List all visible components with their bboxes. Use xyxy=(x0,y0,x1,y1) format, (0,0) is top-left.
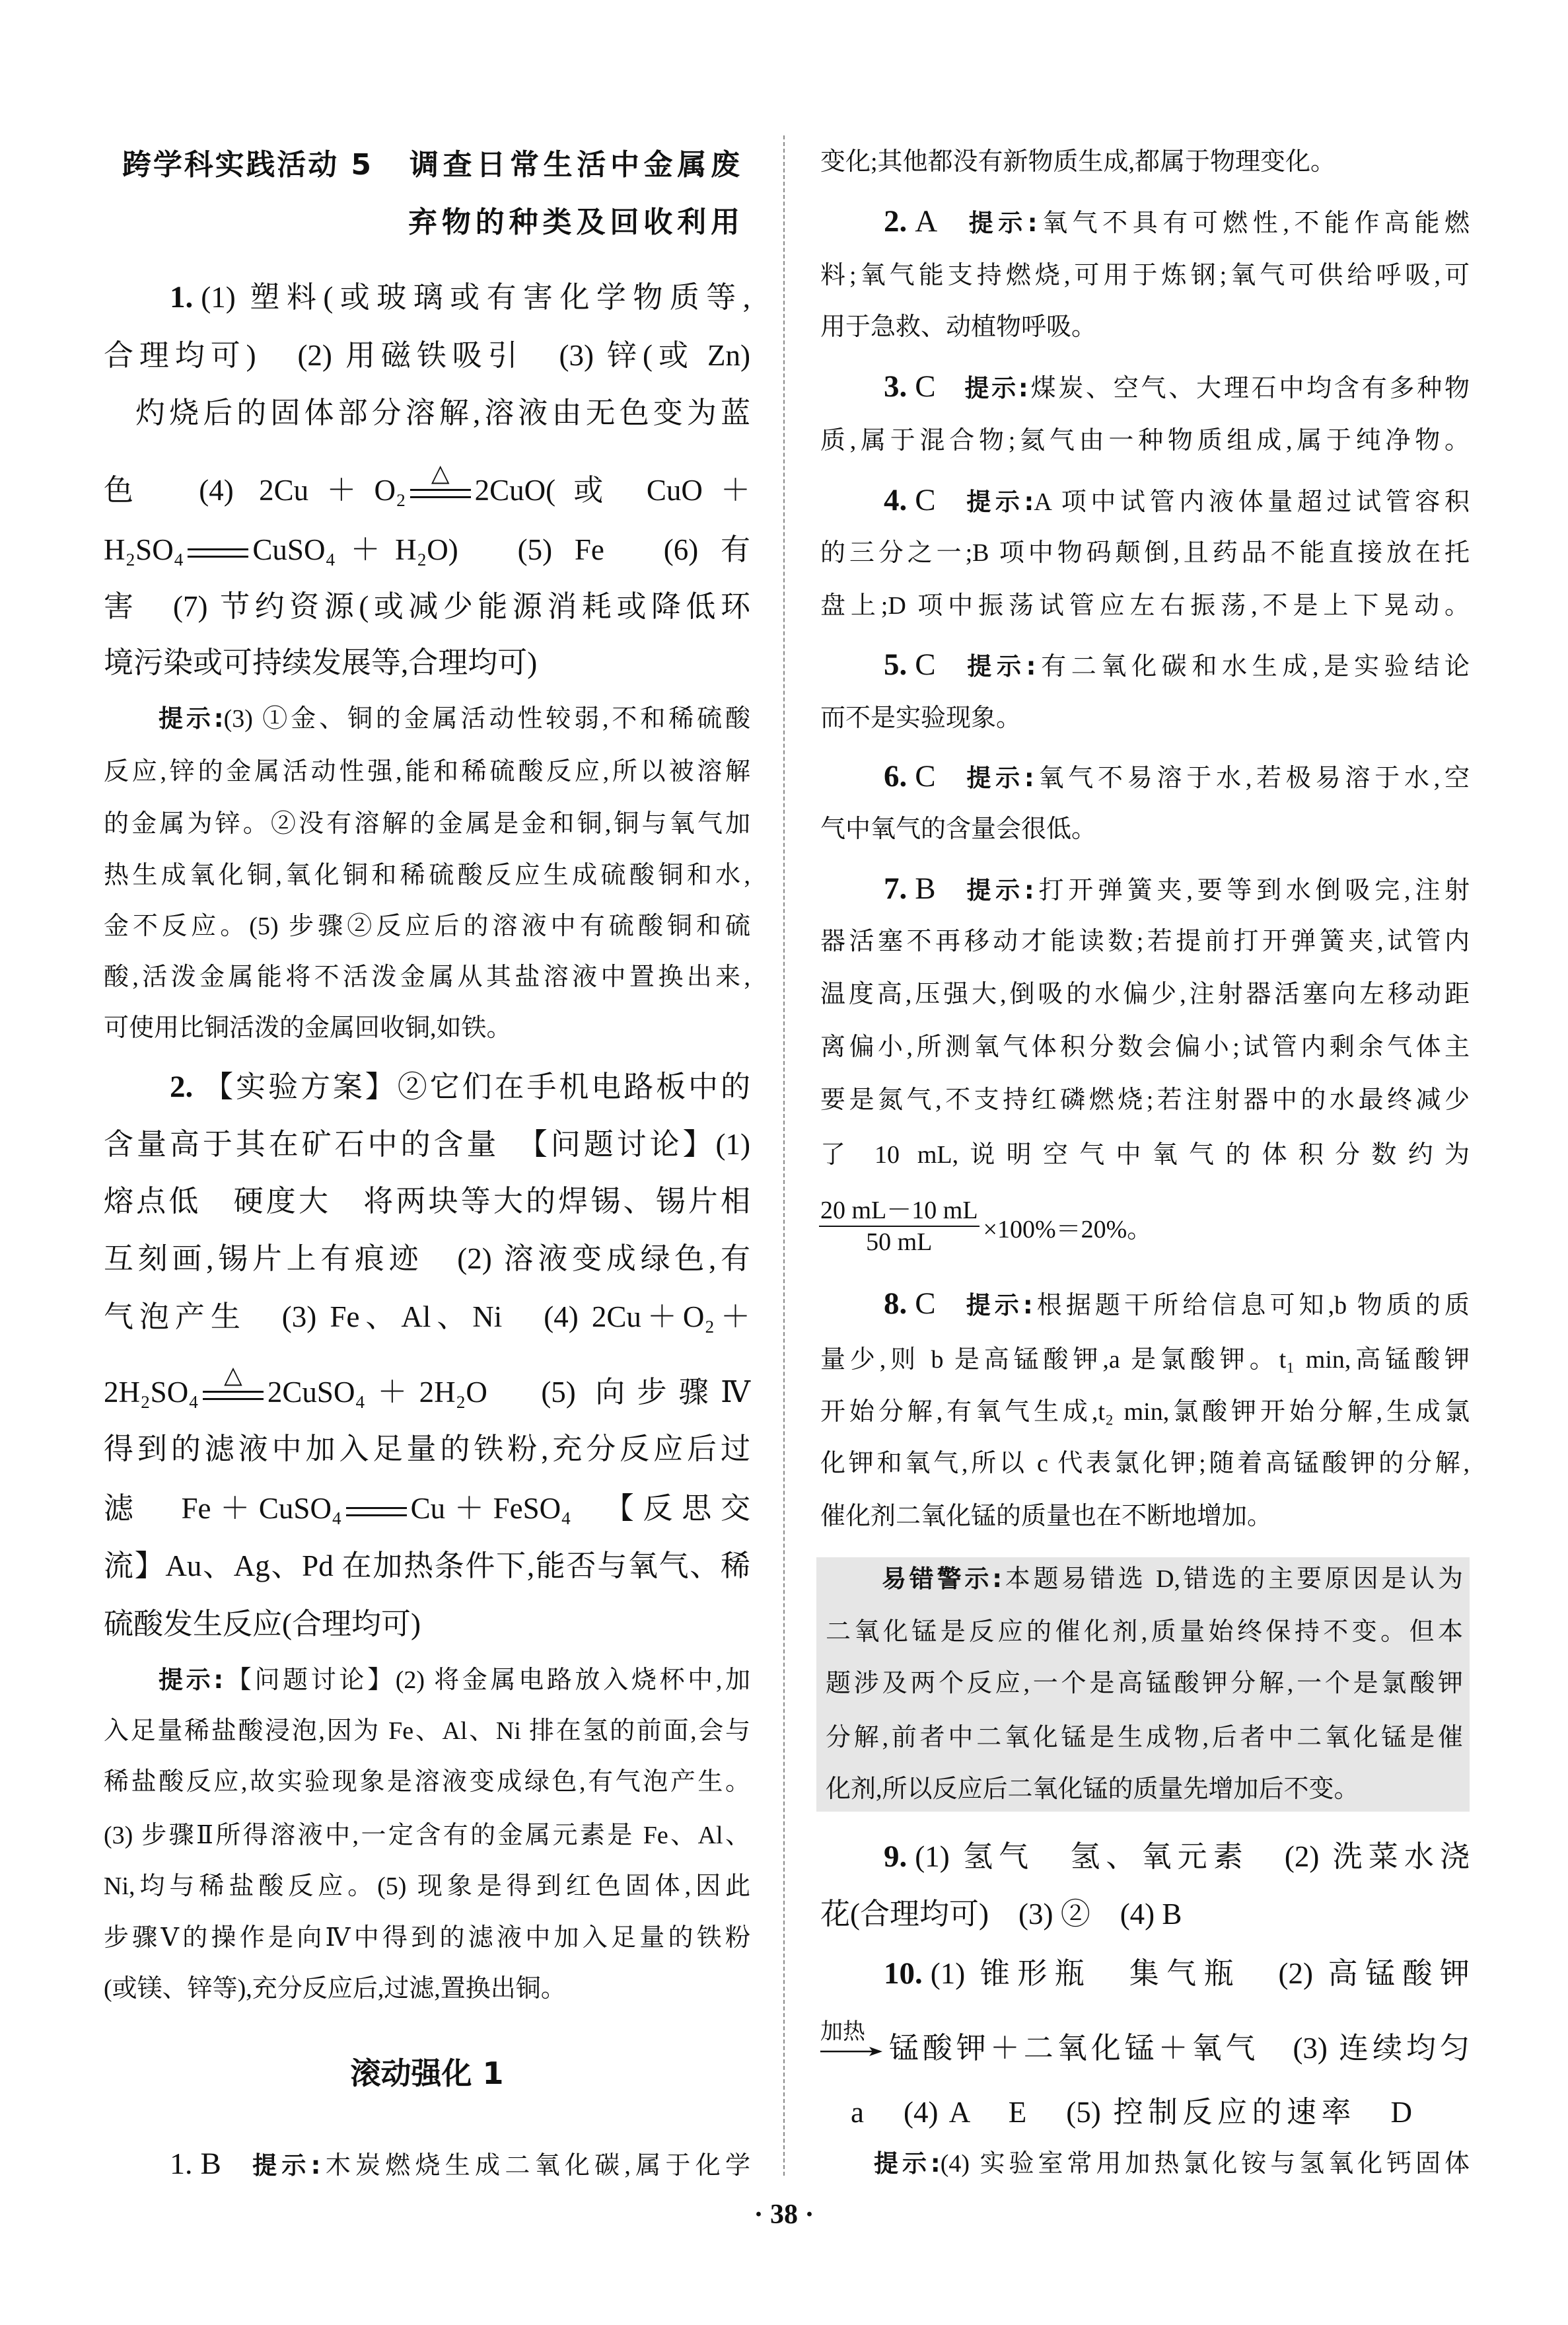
heating-triangle-icon: △ xyxy=(410,462,471,486)
continuation-line: 变化;其他都没有新物质生成,都属于物理变化。 xyxy=(820,145,1470,179)
question-number: 2. xyxy=(884,204,907,239)
warning-line: 分解,前者中二氧化锰是生成物,后者中二氧化锰是催 xyxy=(826,1720,1463,1755)
answer-text: (1) 塑料(或玻璃或有害化学物质等, xyxy=(201,281,750,314)
hint-line: 器活塞不再移动才能读数;若提前打开弹簧夹,试管内 xyxy=(820,924,1470,959)
answer-text: (1) 氢气 氢、氧元素 (2) 洗菜水浇 xyxy=(915,1840,1470,1873)
page-number: · 38 · xyxy=(718,2196,850,2233)
hint-line: 了 10 mL,说明空气中氧气的体积分数约为 xyxy=(820,1138,1470,1172)
question-number: 7. xyxy=(884,871,907,906)
column-divider xyxy=(783,135,785,2176)
section-title-line-2: 弃物的种类及回收利用 xyxy=(408,203,740,242)
q2-answer-line: 硫酸发生反应(合理均可) xyxy=(104,1604,750,1644)
q10-answer-line: a (4) A E (5) 控制反应的速率 D xyxy=(851,2092,1412,2132)
hint-line: 气中氧气的含量会很低。 xyxy=(820,812,1470,846)
question-number: 1. xyxy=(170,2147,193,2180)
question-number: 8. xyxy=(884,1286,907,1321)
warning-label: 易错警示: xyxy=(882,1565,1002,1593)
fraction-denominator: 50 mL xyxy=(866,1227,932,1257)
hint-text: (4) 实验室常用加热氯化铵与氢氧化钙固体 xyxy=(941,2150,1470,2178)
item-8-line: 8.C提示:根据题干所给信息可知,b 物质的质 xyxy=(884,1284,1470,1323)
q2-hint-line: (或镁、锌等),充分反应后,过滤,置换出铜。 xyxy=(104,1972,750,2006)
hint-text: 木炭燃烧生成二氧化碳,属于化学 xyxy=(320,2152,750,2180)
warning-text: 本题易错选 D,错选的主要原因是认为 xyxy=(1002,1565,1463,1593)
q2-answer-line: 得到的滤液中加入足量的铁粉,充分反应后过 xyxy=(104,1429,750,1469)
warning-line: 化剂,所以反应后二氧化锰的质量先增加后不变。 xyxy=(826,1772,1463,1806)
warning-line: 二氧化锰是反应的催化剂,质量始终保持不变。但本 xyxy=(826,1615,1463,1649)
equation-reactants: 2H₂SO₄ xyxy=(104,1376,199,1409)
question-number: 10. xyxy=(884,1956,923,1991)
question-number: 9. xyxy=(884,1839,907,1874)
reaction-arrow-icon: 加热 xyxy=(820,2045,882,2058)
hint-line: 化钾和氧气,所以 c 代表氯化钾;随着高锰酸钾的分解, xyxy=(820,1446,1470,1481)
equation-reactants: H₂SO₄ xyxy=(104,533,184,566)
item-4-line: 4.C提示:A 项中试管内液体量超过试管容积 xyxy=(884,480,1470,520)
section-title-line-1: 调查日常生活中金属废 xyxy=(410,145,740,185)
q2-hint-line: 步骤Ⅴ的操作是向Ⅳ中得到的滤液中加入足量的铁粉 xyxy=(104,1921,750,1955)
item-3-line: 3.C提示:煤炭、空气、大理石中均含有多种物 xyxy=(884,367,1470,406)
hint-label: 提示: xyxy=(962,1291,1033,1319)
q1-equation-line: H₂SO₄CuSO₄＋H₂O) (5) Fe (6) 有 xyxy=(104,530,750,570)
equation-products: CuSO₄＋H₂O) (5) Fe (6) 有 xyxy=(252,533,750,566)
reaction-equals-sign xyxy=(346,1507,407,1516)
fraction-numerator: 20 mL－10 mL xyxy=(819,1195,980,1226)
q2-hint-line: 入足量稀盐酸浸泡,因为 Fe、Al、Ni 排在氢的前面,会与 xyxy=(104,1714,750,1748)
answer-choice: A xyxy=(915,204,937,239)
question-number: 5. xyxy=(884,647,907,682)
warning-line: 易错警示:本题易错选 D,错选的主要原因是认为 xyxy=(882,1562,1463,1596)
oxygen-fraction-formula: 20 mL－10 mL 50 mL ×100%＝20%。 xyxy=(819,1193,1152,1259)
hint-label: 提示: xyxy=(159,704,224,733)
q2-answer-line: 气泡产生 (3) Fe、Al、Ni (4) 2Cu＋O₂＋ xyxy=(104,1297,750,1337)
q9-answer-line: 花(合理均可) (3) ② (4) B xyxy=(820,1894,1470,1934)
answer-choice: C xyxy=(915,369,935,404)
formula-result: ×100%＝20%。 xyxy=(983,1208,1153,1245)
q2-answer-line: 2.【实验方案】②它们在手机电路板中的 xyxy=(170,1067,750,1107)
hint-text: 煤炭、空气、大理石中均含有多种物 xyxy=(1028,375,1470,402)
heating-triangle-icon: △ xyxy=(203,1364,264,1387)
item-2-line: 2.A提示:氧气不具有可燃性,不能作高能燃 xyxy=(884,202,1470,241)
q2-equation-line: 2H₂SO₄△2CuSO₄＋2H₂O (5) 向步骤Ⅳ xyxy=(104,1372,750,1412)
q1-answer-line: 害 (7) 节约资源(或减少能源消耗或降低环 xyxy=(104,587,750,626)
answer-choice: C xyxy=(915,759,935,793)
fraction: 20 mL－10 mL 50 mL xyxy=(819,1195,980,1257)
hint-line: 温度高,压强大,倒吸的水偏少,注射器活塞向左移动距 xyxy=(820,977,1470,1012)
section-title-prefix: 跨学科实践活动 5 xyxy=(122,145,371,185)
hint-line: 盘上;D 项中振荡试管应左右振荡,不是上下晃动。 xyxy=(820,589,1470,623)
q1-hint-line: 反应,锌的金属活动性强,能和稀硫酸反应,所以被溶解 xyxy=(104,755,750,789)
reaction-equals-sign xyxy=(188,548,248,558)
hint-text: 打开弹簧夹,要等到水倒吸完,注射 xyxy=(1034,877,1470,904)
q2-answer-line: 互刻画,锡片上有痕迹 (2) 溶液变成绿色,有 xyxy=(104,1239,750,1278)
hint-label: 提示: xyxy=(964,209,1037,237)
hint-text: 根据题干所给信息可知,b 物质的质 xyxy=(1033,1292,1470,1319)
reaction-equals-sign: △ xyxy=(410,489,471,498)
q1-answer-line: 合理均可) (2) 用磁铁吸引 (3) 锌(或 Zn) xyxy=(104,336,750,375)
hint-line: 催化剂二氧化锰的质量也在不断地增加。 xyxy=(820,1499,1470,1533)
q2-hint-line: 稀盐酸反应,故实验现象是溶液变成绿色,有气泡产生。 xyxy=(104,1765,750,1799)
q2-hint-line: 提示:【问题讨论】(2) 将金属电路放入烧杯中,加 xyxy=(159,1663,750,1697)
equation-reactants: 色 (4) 2Cu＋O₂ xyxy=(104,474,406,507)
hint-text: 【问题讨论】(2) 将金属电路放入烧杯中,加 xyxy=(223,1666,750,1694)
hint-label: 提示: xyxy=(962,652,1036,681)
hint-text: 氧气不具有可燃性,不能作高能燃 xyxy=(1038,209,1470,237)
hint-line: 用于急救、动植物呼吸。 xyxy=(820,310,1470,344)
q1-equation-line: 色 (4) 2Cu＋O₂△2CuO(或 CuO＋ xyxy=(104,470,750,510)
hint-line: 料;氧气能支持燃烧,可用于炼钢;氧气可供给呼吸,可 xyxy=(820,258,1470,293)
answer-choice: C xyxy=(915,1286,935,1321)
hint-text: 有二氧化碳和水生成,是实验结论 xyxy=(1036,653,1470,681)
hint-label: 提示: xyxy=(248,2151,321,2180)
hint-label: 提示: xyxy=(962,488,1034,516)
item-7-line: 7.B提示:打开弹簧夹,要等到水倒吸完,注射 xyxy=(884,869,1470,908)
equation-products: 2CuO(或 CuO＋ xyxy=(475,474,750,507)
q9-answer-line: 9.(1) 氢气 氢、氧元素 (2) 洗菜水浇 xyxy=(884,1837,1470,1876)
reaction-equals-sign: △ xyxy=(203,1391,264,1400)
q2-hint-line: (3) 步骤Ⅱ所得溶液中,一定含有的金属元素是 Fe、Al、 xyxy=(104,1818,750,1853)
hint-line: 离偏小,所测氧气体积分数会偏小;试管内剩余气体主 xyxy=(820,1030,1470,1064)
hint-text: 氧气不易溶于水,若极易溶于水,空 xyxy=(1034,764,1470,792)
question-number: 4. xyxy=(884,483,907,517)
equation-reactants: 滤 Fe＋CuSO₄ xyxy=(104,1492,342,1525)
question-number: 1. xyxy=(170,280,193,314)
q2-answer-line: 熔点低 硬度大 将两块等大的焊锡、锡片相 xyxy=(104,1181,750,1221)
hint-label: 提示: xyxy=(962,876,1034,904)
hint-label: 提示: xyxy=(962,764,1034,792)
q2-hint-line: Ni,均与稀盐酸反应。(5) 现象是得到红色固体,因此 xyxy=(104,1869,750,1903)
answer-choice: B xyxy=(915,871,935,906)
rolling-item-line: 1.B提示:木炭燃烧生成二氧化碳,属于化学 xyxy=(170,2144,750,2184)
item-6-line: 6.C提示:氧气不易溶于水,若极易溶于水,空 xyxy=(884,757,1470,796)
answer-choice: B xyxy=(201,2147,221,2181)
q2-equation-line: 滤 Fe＋CuSO₄Cu＋FeSO₄ 【反思交 xyxy=(104,1489,750,1528)
hint-line: 质,属于混合物;氦气由一种物质组成,属于纯净物。 xyxy=(820,424,1470,458)
warning-line: 题涉及两个反应,一个是高锰酸钾分解,一个是氯酸钾 xyxy=(826,1666,1463,1701)
q2-answer-line: 含量高于其在矿石中的含量 【问题讨论】(1) xyxy=(104,1125,750,1164)
q1-hint-line: 酸,活泼金属能将不活泼金属从其盐溶液中置换出来, xyxy=(104,960,750,994)
answer-text: 【实验方案】②它们在手机电路板中的 xyxy=(201,1070,750,1103)
hint-text: A 项中试管内液体量超过试管容积 xyxy=(1034,488,1470,516)
answer-choice: C xyxy=(915,483,935,517)
arrow-right-icon xyxy=(820,2045,882,2058)
rolling-section-title: 滚动强化 1 xyxy=(104,2053,750,2093)
hint-line: 开始分解,有氧气生成,t₂ min,氯酸钾开始分解,生成氯 xyxy=(820,1395,1470,1429)
q10-hint-line: 提示:(4) 实验室常用加热氯化铵与氢氧化钙固体 xyxy=(874,2147,1470,2181)
hint-label: 提示: xyxy=(874,2149,941,2178)
q1-answer-line: 1.(1) 塑料(或玻璃或有害化学物质等, xyxy=(170,277,750,317)
q1-hint-line: 提示:(3) ①金、铜的金属活动性较弱,不和稀硫酸 xyxy=(159,702,750,736)
question-number: 3. xyxy=(884,369,907,404)
equation-products: 2CuSO₄＋2H₂O (5) 向步骤Ⅳ xyxy=(267,1376,750,1409)
answer-choice: C xyxy=(915,647,935,682)
q1-answer-line: 灼烧后的固体部分溶解,溶液由无色变为蓝 xyxy=(135,393,750,433)
equation-products: Cu＋FeSO₄ 【反思交 xyxy=(411,1492,750,1525)
answer-text: 锰酸钾＋二氧化锰＋氧气 (3) 连续均匀 xyxy=(885,2032,1470,2065)
hint-label: 提示: xyxy=(962,374,1028,402)
hint-line: 而不是实验现象。 xyxy=(820,701,1470,735)
q1-hint-line: 可使用比铜活泼的金属回收铜,如铁。 xyxy=(104,1011,750,1045)
q1-hint-line: 的金属为锌。②没有溶解的金属是金和铜,铜与氧气加 xyxy=(104,807,750,841)
hint-line: 要是氮气,不支持红磷燃烧;若注射器中的水最终减少 xyxy=(820,1083,1470,1117)
answer-text: (1) 锥形瓶 集气瓶 (2) 高锰酸钾 xyxy=(931,1957,1470,1990)
arrow-condition: 加热 xyxy=(820,2021,865,2044)
q1-answer-line: 境污染或可持续发展等,合理均可) xyxy=(104,643,750,683)
question-number: 6. xyxy=(884,759,907,793)
hint-label: 提示: xyxy=(159,1666,223,1694)
q10-reaction-line: 加热 锰酸钾＋二氧化锰＋氧气 (3) 连续均匀 xyxy=(820,2028,1470,2068)
hint-text: (3) ①金、铜的金属活动性较弱,不和稀硫酸 xyxy=(224,705,750,733)
q10-answer-line: 10.(1) 锥形瓶 集气瓶 (2) 高锰酸钾 xyxy=(884,1954,1470,1993)
hint-line: 的三分之一;B 项中物码颠倒,且药品不能直接放在托 xyxy=(820,536,1470,570)
q1-hint-line: 热生成氧化铜,氧化铜和稀硫酸反应生成硫酸铜和水, xyxy=(104,858,750,893)
hint-line: 量少,则 b 是高锰酸钾,a 是氯酸钾。t₁ min,高锰酸钾 xyxy=(820,1343,1470,1377)
item-5-line: 5.C提示:有二氧化碳和水生成,是实验结论 xyxy=(884,645,1470,684)
question-number: 2. xyxy=(170,1070,193,1104)
q1-hint-line: 金不反应。(5) 步骤②反应后的溶液中有硫酸铜和硫 xyxy=(104,909,750,943)
q2-answer-line: 流】Au、Ag、Pd 在加热条件下,能否与氧气、稀 xyxy=(104,1546,750,1586)
